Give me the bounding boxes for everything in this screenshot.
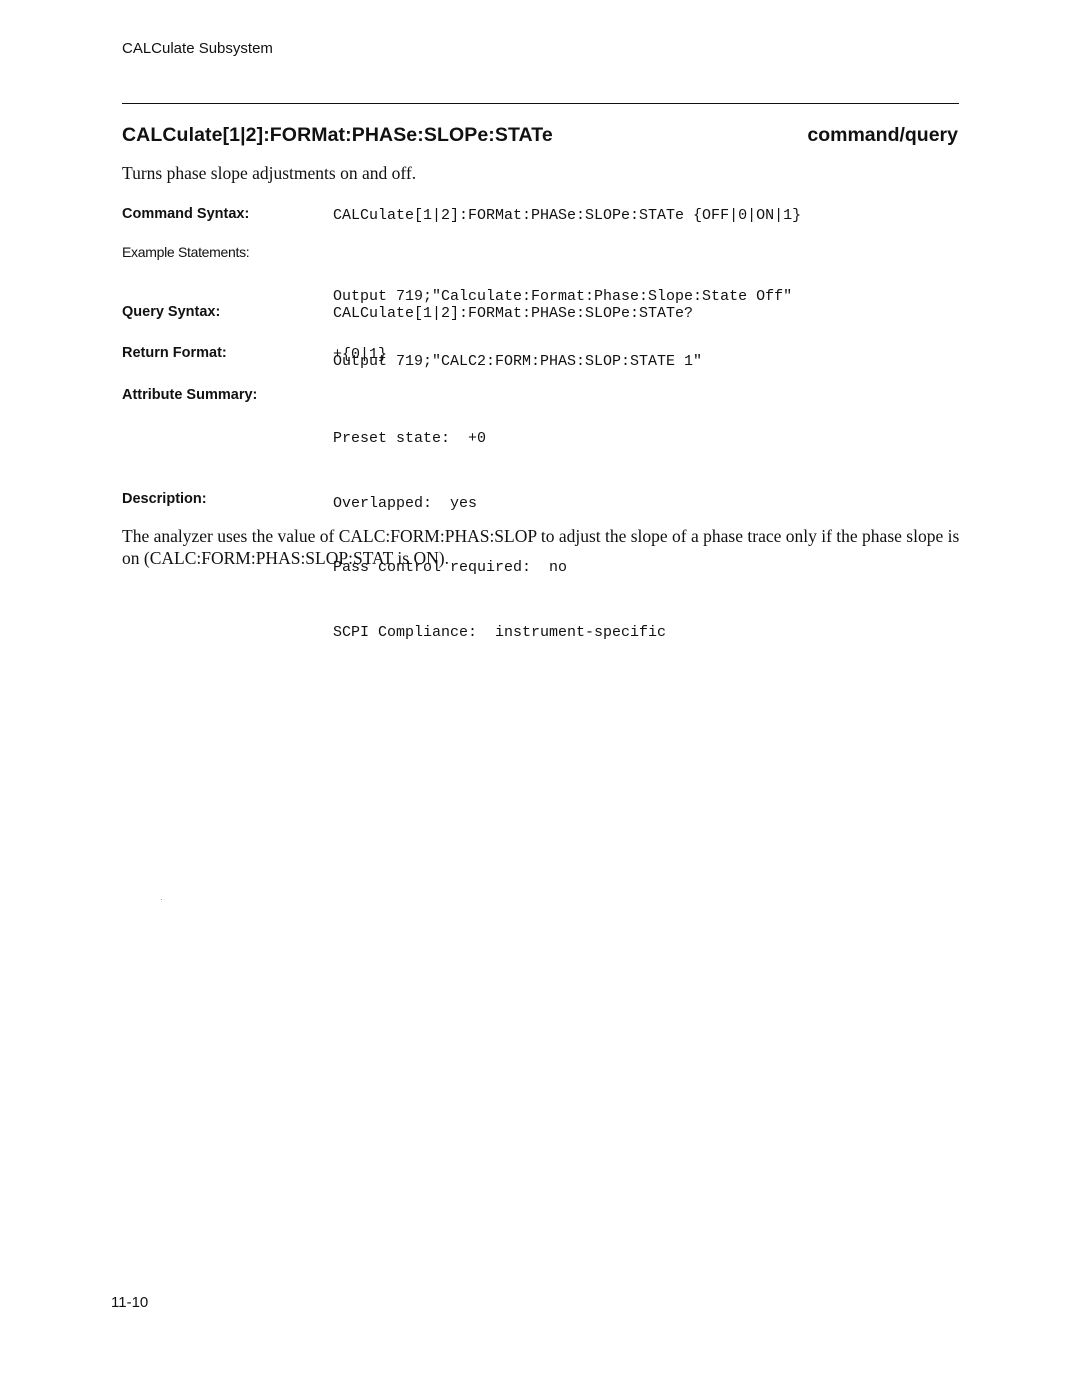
command-title: CALCulate[1|2]:FORMat:PHASe:SLOPe:STATe (122, 124, 553, 147)
page-number: 11-10 (111, 1294, 148, 1311)
command-type: command/query (807, 124, 958, 147)
return-format-value: +{0|1} (333, 344, 387, 366)
attribute-line: Overlapped: yes (333, 493, 666, 515)
scan-speck (161, 899, 162, 900)
command-syntax-label: Command Syntax: (122, 206, 249, 222)
running-head: CALCulate Subsystem (122, 40, 273, 57)
attribute-line: SCPI Compliance: instrument-specific (333, 622, 666, 644)
query-syntax-value: CALCulate[1|2]:FORMat:PHASe:SLOPe:STATe? (333, 303, 693, 325)
section-divider (122, 103, 959, 104)
description-label: Description: (122, 491, 207, 507)
example-statements-label: Example Statements: (122, 244, 249, 260)
command-syntax-value: CALCulate[1|2]:FORMat:PHASe:SLOPe:STATe … (333, 205, 801, 227)
return-format-label: Return Format: (122, 345, 227, 361)
command-summary: Turns phase slope adjustments on and off… (122, 163, 416, 184)
description-text: The analyzer uses the value of CALC:FORM… (122, 525, 962, 569)
attribute-line: Preset state: +0 (333, 428, 666, 450)
example-statement: Output 719;"CALC2:FORM:PHAS:SLOP:STATE 1… (333, 351, 792, 373)
query-syntax-label: Query Syntax: (122, 304, 220, 320)
attribute-summary-label: Attribute Summary: (122, 387, 257, 403)
